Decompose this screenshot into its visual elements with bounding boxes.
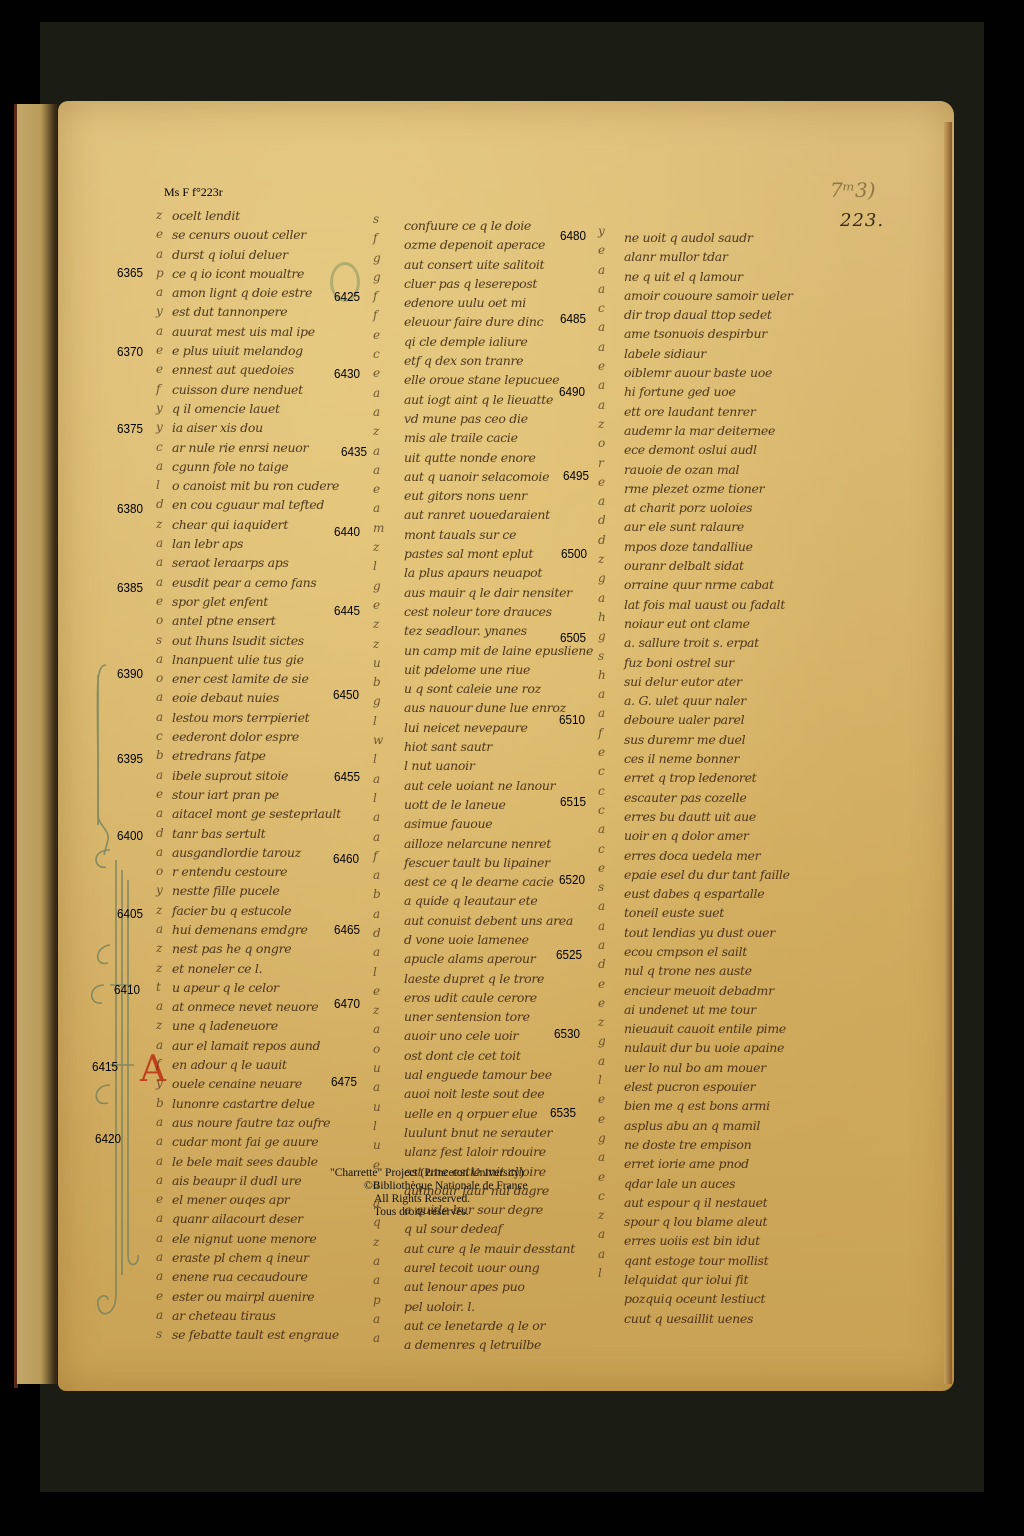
verse-line: nest pas he q ongre	[172, 939, 341, 958]
verse-line: seraot leraarps aps	[172, 553, 341, 572]
verse-line: eraste pl chem q ineur	[172, 1248, 341, 1267]
line-number: 6440	[334, 525, 360, 538]
verse-line: auoi noit leste sout dee	[404, 1084, 593, 1103]
verse-line: toneil euste suet	[624, 903, 793, 922]
verse-line: uer lo nul bo am mouer	[624, 1058, 793, 1077]
verse-line: en adour q le uauit	[172, 1055, 341, 1074]
verse-line: ame tsonuois despirbur	[624, 324, 793, 343]
verse-line: fuz boni ostrel sur	[624, 653, 793, 672]
line-number: 6525	[556, 948, 582, 961]
verse-line: ece demont oslui audl	[624, 440, 793, 459]
verse-line: a. sallure troit s. erpat	[624, 633, 793, 652]
verse-line: ne uoit q audol saudr	[624, 228, 793, 247]
credit-rights-fr: Tous droits réservés.	[330, 1206, 528, 1219]
verse-line: alanr mullor tdar	[624, 247, 793, 266]
verse-line: uit pdelome une riue	[404, 660, 593, 679]
verse-line: out lhuns lsudit sictes	[172, 631, 341, 650]
line-number: 6375	[117, 422, 143, 435]
verse-line: mont tauals sur ce	[404, 525, 593, 544]
verse-line: ester ou mairpl auenire	[172, 1287, 341, 1306]
verse-line: lunonre castartre delue	[172, 1094, 341, 1113]
verse-line: ett ore laudant tenrer	[624, 402, 793, 421]
verse-line: ocelt lendit	[172, 206, 341, 225]
verse-line: ne q uit el q lamour	[624, 267, 793, 286]
verse-line: ia aiser xis dou	[172, 418, 341, 437]
line-number: 6535	[550, 1106, 576, 1119]
verse-line: aitacel mont ge sesteprlault	[172, 804, 341, 823]
line-number: 6455	[334, 770, 360, 783]
verse-line: pozquiq oceunt lestiuct	[624, 1289, 793, 1308]
verse-line: encieur meuoit debadmr	[624, 981, 793, 1000]
verse-line: nieuauit cauoit entile pime	[624, 1019, 793, 1038]
verse-line: erres uoiis est bin idut	[624, 1231, 793, 1250]
verse-line: facier bu q estucole	[172, 901, 341, 920]
credit-rights-en: All Rights Reserved.	[330, 1193, 528, 1206]
verse-line: ost dont cle cet toit	[404, 1046, 593, 1065]
verse-line: eoie debaut nuies	[172, 688, 341, 707]
verse-line: ulanz fest laloir rdouire	[404, 1142, 593, 1161]
verse-line: hi fortune ged uoe	[624, 382, 793, 401]
verse-line: eusdit pear a cemo fans	[172, 573, 341, 592]
verse-line: en cou cguaur mal tefted	[172, 495, 341, 514]
verse-line: amoir cououre samoir ueler	[624, 286, 793, 305]
verse-line: labele sidiaur	[624, 344, 793, 363]
line-number: 6430	[334, 367, 360, 380]
verse-line: ennest aut quedoies	[172, 360, 341, 379]
verse-line: o canoist mit bu ron cudere	[172, 476, 341, 495]
verse-line: noiaur eut ont clame	[624, 614, 793, 633]
verse-line: fescuer tault bu lipainer	[404, 853, 593, 872]
verse-line: qant estoge tour mollist	[624, 1251, 793, 1270]
verse-line: stour iart pran pe	[172, 785, 341, 804]
verse-line: pel uoloir. l.	[404, 1297, 593, 1316]
manuscript-label: Ms F f°223r	[164, 186, 223, 198]
verse-line: ener cest lamite de sie	[172, 669, 341, 688]
verse-line: amon lignt q doie estre	[172, 283, 341, 302]
col1-initials: zeapayaeef yycaldzaaa eosaoaacba eadaoyz…	[156, 206, 164, 1345]
verse-line: a demenres q letruilbe	[404, 1335, 593, 1354]
verse-line: antel ptne ensert	[172, 611, 341, 630]
verse-line: erret iorie ame pnod	[624, 1154, 793, 1173]
text-column-1: ocelt lendit se cenurs ouout celler durs…	[172, 206, 341, 1345]
verse-line: nestte fille pucele	[172, 881, 341, 900]
line-number: 6400	[117, 829, 143, 842]
verse-line: ouranr delbalt sidat	[624, 556, 793, 575]
verse-line: u apeur q le celor	[172, 978, 341, 997]
verse-line: laeste dupret q le trore	[404, 969, 593, 988]
verse-line: ual enguede tamour bee	[404, 1065, 593, 1084]
verse-line: ailloze nelarcune nenret	[404, 834, 593, 853]
verse-line: l nut uanoir	[404, 756, 593, 775]
credit-project: "Charrette" Project (Princeton Universit…	[330, 1167, 528, 1180]
verse-line: aut espour q il nestauet	[624, 1193, 793, 1212]
verse-line: ibele suprout sitoie	[172, 766, 341, 785]
verse-line: aut cele uoiant ne lanour	[404, 776, 593, 795]
verse-line: at charit porz uoloies	[624, 498, 793, 517]
verse-line: el mener ouqes apr	[172, 1190, 341, 1209]
line-number: 6475	[331, 1075, 357, 1088]
verse-line: se cenurs ouout celler	[172, 225, 341, 244]
verse-line: edenore uulu oet mi	[404, 293, 593, 312]
folio-shelfmark: 7ᵐ3)	[830, 178, 876, 202]
line-number: 6505	[560, 631, 586, 644]
line-number: 6395	[117, 752, 143, 765]
verse-line: at onmece nevet neuore	[172, 997, 341, 1016]
verse-line: epaie esel du dur tant faille	[624, 865, 793, 884]
verse-line: audemr la mar deiternee	[624, 421, 793, 440]
verse-line: ecou cmpson el sailt	[624, 942, 793, 961]
line-number: 6520	[559, 873, 585, 886]
verse-line: a. G. ulet quur naler	[624, 691, 793, 710]
verse-line: est dut tannonpere	[172, 302, 341, 321]
verse-line: u q sont caleie une roz	[404, 679, 593, 698]
line-number: 6405	[117, 907, 143, 920]
verse-line: a quide q leautaur ete	[404, 891, 593, 910]
verse-line: une q ladeneuore	[172, 1016, 341, 1035]
verse-line: bien me q est bons armi	[624, 1096, 793, 1115]
verse-line: oiblemr auour baste uoe	[624, 363, 793, 382]
verse-line: etredrans fatpe	[172, 746, 341, 765]
verse-line: nul q trone nes auste	[624, 961, 793, 980]
verse-line: cudar mont fai ge auure	[172, 1132, 341, 1151]
line-number: 6370	[117, 345, 143, 358]
verse-line: eut gitors nons uenr	[404, 486, 593, 505]
verse-line: cest noleur tore drauces	[404, 602, 593, 621]
line-number: 6500	[561, 547, 587, 560]
verse-line: ausgandlordie tarouz	[172, 843, 341, 862]
verse-line: ces il neme bonner	[624, 749, 793, 768]
verse-line: mpos doze tandalliue	[624, 537, 793, 556]
verse-line: eros udit caule cerore	[404, 988, 593, 1007]
verse-line: nulauit dur bu uoie apaine	[624, 1038, 793, 1057]
verse-line: erret q trop ledenoret	[624, 768, 793, 787]
verse-line: hiot sant sautr	[404, 737, 593, 756]
verse-line: deboure ualer parel	[624, 710, 793, 729]
verse-line: q ul sour dedeaf	[404, 1219, 593, 1238]
verse-line: eederont dolor espre	[172, 727, 341, 746]
verse-line: uoir en q dolor amer	[624, 826, 793, 845]
verse-line: enene rua cecaudoure	[172, 1267, 341, 1286]
line-number: 6470	[334, 997, 360, 1010]
verse-line: orraine quur nrme cabat	[624, 575, 793, 594]
verse-line: tout lendias yu dust ouer	[624, 923, 793, 942]
line-number: 6495	[563, 469, 589, 482]
verse-line: luulunt bnut ne serauter	[404, 1123, 593, 1142]
verse-line: sui delur eutor ater	[624, 672, 793, 691]
verse-line: cuut q uesaillit uenes	[624, 1309, 793, 1328]
verse-line: le bele mait sees dauble	[172, 1152, 341, 1171]
verse-line: e plus uiuit melandog	[172, 341, 341, 360]
verse-line: se febatte tault est engraue	[172, 1325, 341, 1344]
verse-line: spor glet enfent	[172, 592, 341, 611]
verse-line: lelquidat qur iolui fit	[624, 1270, 793, 1289]
verse-line: ne doste tre empison	[624, 1135, 793, 1154]
verse-line: durst q iolui deluer	[172, 245, 341, 264]
line-number: 6515	[560, 795, 586, 808]
verse-line: quanr ailacourt deser	[172, 1209, 341, 1228]
line-number: 6425	[334, 290, 360, 303]
verse-line: et noneler ce l.	[172, 959, 341, 978]
verse-line: asimue fauoue	[404, 814, 593, 833]
verse-line: la plus apaurs neuapot	[404, 563, 593, 582]
verse-line: uit qutte nonde enore	[404, 448, 593, 467]
verse-line: aur ele sunt ralaure	[624, 517, 793, 536]
verse-line: r entendu cestoure	[172, 862, 341, 881]
verse-line: erres bu dautt uit aue	[624, 807, 793, 826]
line-number: 6480	[560, 229, 586, 242]
line-number: 6510	[559, 713, 585, 726]
verse-line: eust dabes q espartalle	[624, 884, 793, 903]
line-number: 6365	[117, 266, 143, 279]
verse-line: mis ale traile cacie	[404, 428, 593, 447]
verse-line: etf q dex son tranre	[404, 351, 593, 370]
verse-line: aut ranret uouedaraient	[404, 505, 593, 524]
previous-folio-edge	[17, 104, 57, 1384]
line-number: 6465	[334, 923, 360, 936]
col3-initials: yeaacaaeaa zoreaddzga hgshaafecc cacesaa…	[598, 222, 606, 1283]
verse-line: ce q io icont moualtre	[172, 264, 341, 283]
verse-line: q il omencie lauet	[172, 399, 341, 418]
verse-line: elest pucron espouier	[624, 1077, 793, 1096]
verse-line: cluer pas q leserepost	[404, 274, 593, 293]
line-number: 6415	[92, 1060, 118, 1073]
line-number: 6445	[334, 604, 360, 617]
verse-line: hui demenans emdgre	[172, 920, 341, 939]
verse-line: aurel tecoit uour oung	[404, 1258, 593, 1277]
verse-line: sus duremr me duel	[624, 730, 793, 749]
verse-line: aut cure q le mauir desstant	[404, 1239, 593, 1258]
verse-line: uner sentension tore	[404, 1007, 593, 1026]
verse-line: ais beaupr il dudl ure	[172, 1171, 341, 1190]
line-number: 6420	[95, 1132, 121, 1145]
page-right-edge	[944, 122, 952, 1384]
verse-line: lan lebr aps	[172, 534, 341, 553]
credit-library: ©Bibliothèque Nationale de France	[330, 1180, 528, 1193]
verse-line: aut conuist debent uns area	[404, 911, 593, 930]
line-number: 6485	[560, 312, 586, 325]
verse-line: cuisson dure nenduet	[172, 380, 341, 399]
verse-line: qi cle demple ialiure	[404, 332, 593, 351]
verse-line: erres doca uedela mer	[624, 846, 793, 865]
verse-line: qdar lale un auces	[624, 1174, 793, 1193]
verse-line: dir trop daual ttop sedet	[624, 305, 793, 324]
line-number: 6530	[554, 1027, 580, 1040]
copyright-credits: "Charrette" Project (Princeton Universit…	[330, 1167, 528, 1219]
verse-line: aus mauir q le dair nensiter	[404, 583, 593, 602]
verse-line: rauoie de ozan mal	[624, 460, 793, 479]
line-number: 6460	[333, 852, 359, 865]
verse-line: ele nignut uone menore	[172, 1229, 341, 1248]
line-number: 6435	[341, 445, 367, 458]
verse-line: aut consert uite salitoit	[404, 255, 593, 274]
verse-line: cgunn fole no taige	[172, 457, 341, 476]
verse-line: rme plezet ozme tioner	[624, 479, 793, 498]
verse-line: aut lenour apes puo	[404, 1277, 593, 1296]
verse-line: spour q lou blame aleut	[624, 1212, 793, 1231]
verse-line: aur el lamait repos aund	[172, 1036, 341, 1055]
text-column-3: ne uoit q audol saudr alanr mullor tdar …	[624, 228, 793, 1328]
verse-line: aut ce lenetarde q le or	[404, 1316, 593, 1335]
verse-line: lestou mors terrpieriet	[172, 708, 341, 727]
line-number: 6410	[114, 983, 140, 996]
verse-line: lat fois mal uaust ou fadalt	[624, 595, 793, 614]
verse-line: ouele cenaine neuare	[172, 1074, 341, 1093]
line-number: 6385	[117, 581, 143, 594]
verse-line: aus noure fautre taz oufre	[172, 1113, 341, 1132]
line-number: 6380	[117, 502, 143, 515]
line-number: 6490	[559, 385, 585, 398]
verse-line: auurat mest uis mal ipe	[172, 322, 341, 341]
verse-line: escauter pas cozelle	[624, 788, 793, 807]
verse-line: ai undenet ut me tour	[624, 1000, 793, 1019]
verse-line: lnanpuent ulie tus gie	[172, 650, 341, 669]
folio-number: 223.	[840, 210, 884, 231]
verse-line: vd mune pas ceo die	[404, 409, 593, 428]
verse-line: ar cheteau tiraus	[172, 1306, 341, 1325]
verse-line: ar nule rie enrsi neuor	[172, 438, 341, 457]
verse-line: chear qui iaquidert	[172, 515, 341, 534]
line-number: 6450	[333, 688, 359, 701]
verse-line: asplus abu an q mamil	[624, 1116, 793, 1135]
verse-line: tanr bas sertult	[172, 824, 341, 843]
line-number: 6390	[117, 667, 143, 680]
